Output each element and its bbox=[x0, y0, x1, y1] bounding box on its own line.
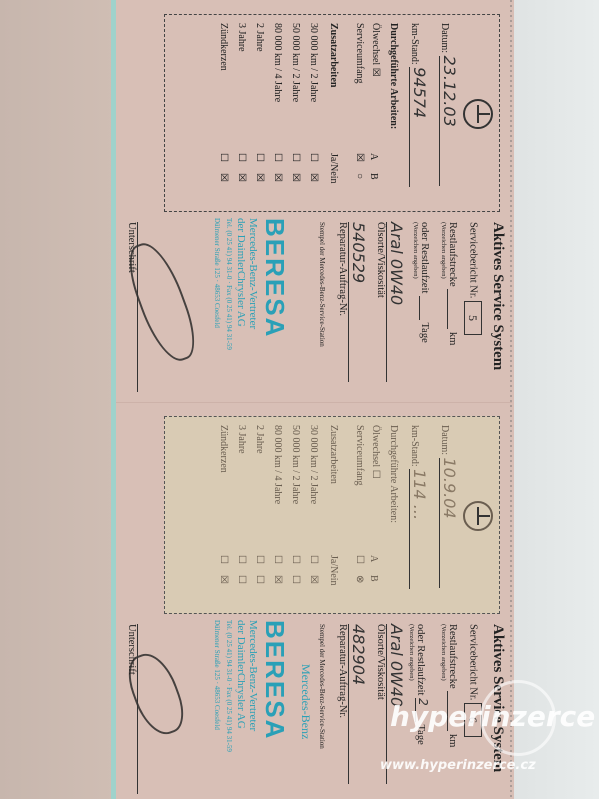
servicebericht-number: 5 bbox=[464, 301, 482, 335]
datum-value: 10.9.04 bbox=[439, 458, 459, 588]
service-card-1: Aktives Service System Servicebericht Nr… bbox=[118, 0, 514, 400]
oelwechsel-checkbox[interactable]: ☐ bbox=[370, 470, 381, 479]
oelsorte-row: Aral 0W40 Ölsorte/Viskosität bbox=[375, 222, 406, 382]
background-right bbox=[512, 0, 599, 799]
stamp-line1: Mercedes-Benz-Vertreter bbox=[247, 218, 259, 388]
stamp-brand: BERESA bbox=[259, 620, 290, 790]
restlaufstrecke-label: Restlaufstrecke bbox=[447, 222, 458, 287]
zusatz-row: Zündkerzen☐☒ bbox=[218, 23, 229, 71]
restlaufzeit-value bbox=[419, 296, 420, 320]
oelwechsel-row: Ölwechsel ☐ bbox=[370, 425, 381, 479]
km-value: 94574 bbox=[409, 67, 429, 187]
zusatz-row: 3 Jahre☐☒ bbox=[236, 23, 247, 52]
zusatz-row: 3 Jahre☐☐ bbox=[236, 425, 247, 454]
stamp-line2: der DaimlerChrysler AG bbox=[235, 218, 247, 388]
mercedes-star-icon bbox=[463, 501, 493, 531]
unterschrift-label: Unterschrift bbox=[126, 624, 138, 794]
stamp-logo-text: Mercedes-Benz bbox=[300, 620, 312, 790]
service-details-box: Datum: 10.9.04 km-Stand: 114 ... Durchge… bbox=[164, 416, 500, 614]
zusatz-row: 2 Jahre☐☐ bbox=[254, 425, 265, 454]
datum-row: Datum: 23.12.03 bbox=[439, 23, 459, 186]
zusatz-label: Zusatzarbeiten Ja/Nein bbox=[328, 23, 339, 87]
km-value: 114 ... bbox=[409, 469, 429, 589]
zusatz-row: 80 000 km / 4 Jahre☐☒ bbox=[272, 23, 283, 102]
zusatz-row: 50 000 km / 2 Jahre☐☒ bbox=[290, 23, 301, 102]
zusatz-row: 50 000 km / 2 Jahre☐☐ bbox=[290, 425, 301, 504]
card-title: Aktives Service System bbox=[489, 222, 506, 370]
stamp-line4: Dülmener Straße 125 · 48653 Coesfeld bbox=[211, 218, 223, 388]
watermark-logo: hyperinzerce bbox=[390, 700, 595, 733]
service-card-2: Aktives Service System Servicebericht Nr… bbox=[118, 402, 514, 799]
zusatz-row: 30 000 km / 2 Jahre☐☒ bbox=[308, 425, 319, 504]
serviceumfang-a[interactable]: ☒ bbox=[354, 153, 365, 162]
oelsorte-label: Ölsorte/Viskosität bbox=[375, 222, 386, 382]
oelwechsel-checkbox[interactable]: ☒ bbox=[370, 68, 381, 77]
restlaufzeit-unit: Tage bbox=[419, 323, 430, 343]
servicebericht-row: Servicebericht Nr. 5 bbox=[464, 222, 482, 335]
oelsorte-value: Aral 0W40 bbox=[386, 222, 406, 382]
km-row: km-Stand: 114 ... bbox=[409, 425, 429, 589]
restlaufstrecke-row: Restlaufstrecke km (Vorzeichen angeben) bbox=[440, 222, 458, 345]
datum-value: 23.12.03 bbox=[439, 56, 459, 186]
zusatz-row: Zündkerzen☐☒ bbox=[218, 425, 229, 473]
stamp-line3: Tel. (0 25 41) 94 31-0 · Fax (0 25 41) 9… bbox=[223, 218, 235, 388]
watermark-url: www.hyperinzerce.cz bbox=[380, 758, 536, 773]
auftrag-label: Reparatur-Auftrag-Nr. bbox=[337, 222, 348, 382]
background-left bbox=[0, 0, 118, 799]
stempel-label: Stempel der Mercedes-Benz-Service-Statio… bbox=[318, 624, 326, 749]
zusatz-row: 2 Jahre☐☒ bbox=[254, 23, 265, 52]
mercedes-star-icon bbox=[463, 99, 493, 129]
restlaufstrecke-unit: km bbox=[447, 332, 458, 345]
restlaufzeit-row: oder Restlaufzeit Tage (Vorzeichen angeb… bbox=[412, 222, 430, 343]
stempel-label: Stempel der Mercedes-Benz-Service-Statio… bbox=[318, 222, 326, 347]
km-row: km-Stand: 94574 bbox=[409, 23, 429, 187]
restlaufstrecke-note: (Vorzeichen angeben) bbox=[440, 222, 447, 345]
auftrag-value: 540529 bbox=[348, 222, 368, 382]
zusatz-row: 80 000 km / 4 Jahre☐☒ bbox=[272, 425, 283, 504]
zusatz-row: 30 000 km / 2 Jahre☐☒ bbox=[308, 23, 319, 102]
stamp-brand: BERESA bbox=[259, 218, 290, 388]
serviceumfang-row: Serviceumfang ☒ ○ A B bbox=[354, 23, 365, 84]
datum-row: Datum: 10.9.04 bbox=[439, 425, 459, 588]
restlaufzeit-label: oder Restlaufzeit bbox=[419, 222, 430, 293]
restlaufzeit-note: (Vorzeichen angeben) bbox=[412, 222, 419, 343]
serviceumfang-row: Serviceumfang ☐ ⊗ A B bbox=[354, 425, 365, 486]
durchgefuehrt-label: Durchgeführte Arbeiten: bbox=[388, 23, 399, 129]
service-details-box: Datum: 23.12.03 km-Stand: 94574 Durchgef… bbox=[164, 14, 500, 212]
auftrag-value: 482904 bbox=[348, 624, 368, 784]
oelwechsel-row: Ölwechsel ☒ bbox=[370, 23, 381, 77]
serviceumfang-b[interactable]: ○ bbox=[354, 173, 365, 179]
zusatz-label: Zusatzarbeiten Ja/Nein bbox=[328, 425, 339, 484]
auftrag-row: 540529 Reparatur-Auftrag-Nr. bbox=[337, 222, 368, 382]
servicebericht-label: Servicebericht Nr. bbox=[468, 222, 479, 298]
auftrag-row: 482904 Reparatur-Auftrag-Nr. bbox=[337, 624, 368, 784]
unterschrift-label: Unterschrift bbox=[126, 222, 138, 392]
